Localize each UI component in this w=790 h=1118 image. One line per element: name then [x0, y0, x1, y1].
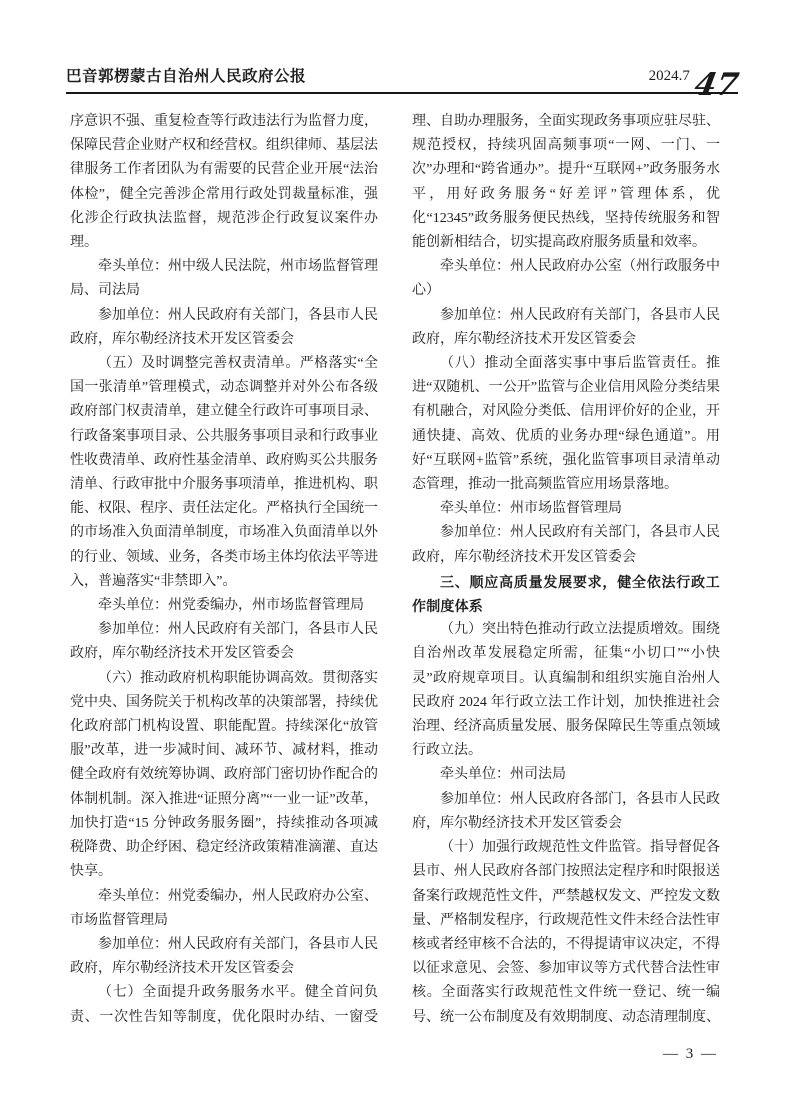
lead-unit-paragraph: 牵头单位：州中级人民法院，州市场监督管理局、司法局 [70, 255, 378, 303]
lead-unit-paragraph: 牵头单位：州市场监督管理局 [412, 497, 720, 521]
section-item-9-paragraph: （九）突出特色推动行政立法提质增效。围绕自治州改革发展稳定所需，征集“小切口”“… [412, 618, 720, 763]
gazette-title: 巴音郭楞蒙古自治州人民政府公报 [66, 64, 306, 94]
participating-unit-paragraph: 参加单位：州人民政府各部门，各县市人民政府，库尔勒经济技术开发区管委会 [412, 788, 720, 836]
section-item-8-paragraph: （八）推动全面落实事中事后监管责任。推进“双随机、一公开”监管与企业信用风险分类… [412, 352, 720, 497]
header-divider [66, 92, 738, 94]
paragraph-continuation: 序意识不强、重复检查等行政违法行为监督力度，保障民营企业财产权和经营权。组织律师… [70, 110, 378, 255]
issue-date: 2024.7 [649, 68, 690, 94]
issue-number: 47 [692, 70, 740, 100]
lead-unit-paragraph: 牵头单位：州司法局 [412, 763, 720, 787]
page-header: 巴音郭楞蒙古自治州人民政府公报 2024.7 47 [66, 56, 738, 94]
section-item-6-paragraph: （六）推动政府机构职能协调高效。贯彻落实党中央、国务院关于机构改革的决策部署，持… [70, 667, 378, 885]
participating-unit-paragraph: 参加单位：州人民政府有关部门，各县市人民政府，库尔勒经济技术开发区管委会 [412, 304, 720, 352]
gazette-page: 巴音郭楞蒙古自治州人民政府公报 2024.7 47 序意识不强、重复检查等行政违… [0, 0, 790, 1118]
article-columns: 序意识不强、重复检查等行政违法行为监督力度，保障民营企业财产权和经营权。组织律师… [70, 110, 720, 1050]
section-heading-3: 三、顺应高质量发展要求，健全依法行政工作制度体系 [412, 570, 720, 618]
page-footer: — 3 — [663, 1046, 718, 1063]
participating-unit-paragraph: 参加单位：州人民政府有关部门，各县市人民政府，库尔勒经济技术开发区管委会 [70, 618, 378, 666]
section-item-5-paragraph: （五）及时调整完善权责清单。严格落实“全国一张清单”管理模式，动态调整并对外公布… [70, 352, 378, 594]
lead-unit-paragraph: 牵头单位：州人民政府办公室（州行政服务中心） [412, 255, 720, 303]
lead-unit-paragraph: 牵头单位：州党委编办，州市场监督管理局 [70, 594, 378, 618]
lead-unit-paragraph: 牵头单位：州党委编办，州人民政府办公室、市场监督管理局 [70, 885, 378, 933]
header-issue-block: 2024.7 47 [649, 64, 738, 94]
participating-unit-paragraph: 参加单位：州人民政府有关部门，各县市人民政府，库尔勒经济技术开发区管委会 [412, 521, 720, 569]
page-number: — 3 — [663, 1046, 718, 1062]
participating-unit-paragraph: 参加单位：州人民政府有关部门，各县市人民政府，库尔勒经济技术开发区管委会 [70, 304, 378, 352]
participating-unit-paragraph: 参加单位：州人民政府有关部门，各县市人民政府，库尔勒经济技术开发区管委会 [70, 933, 378, 981]
